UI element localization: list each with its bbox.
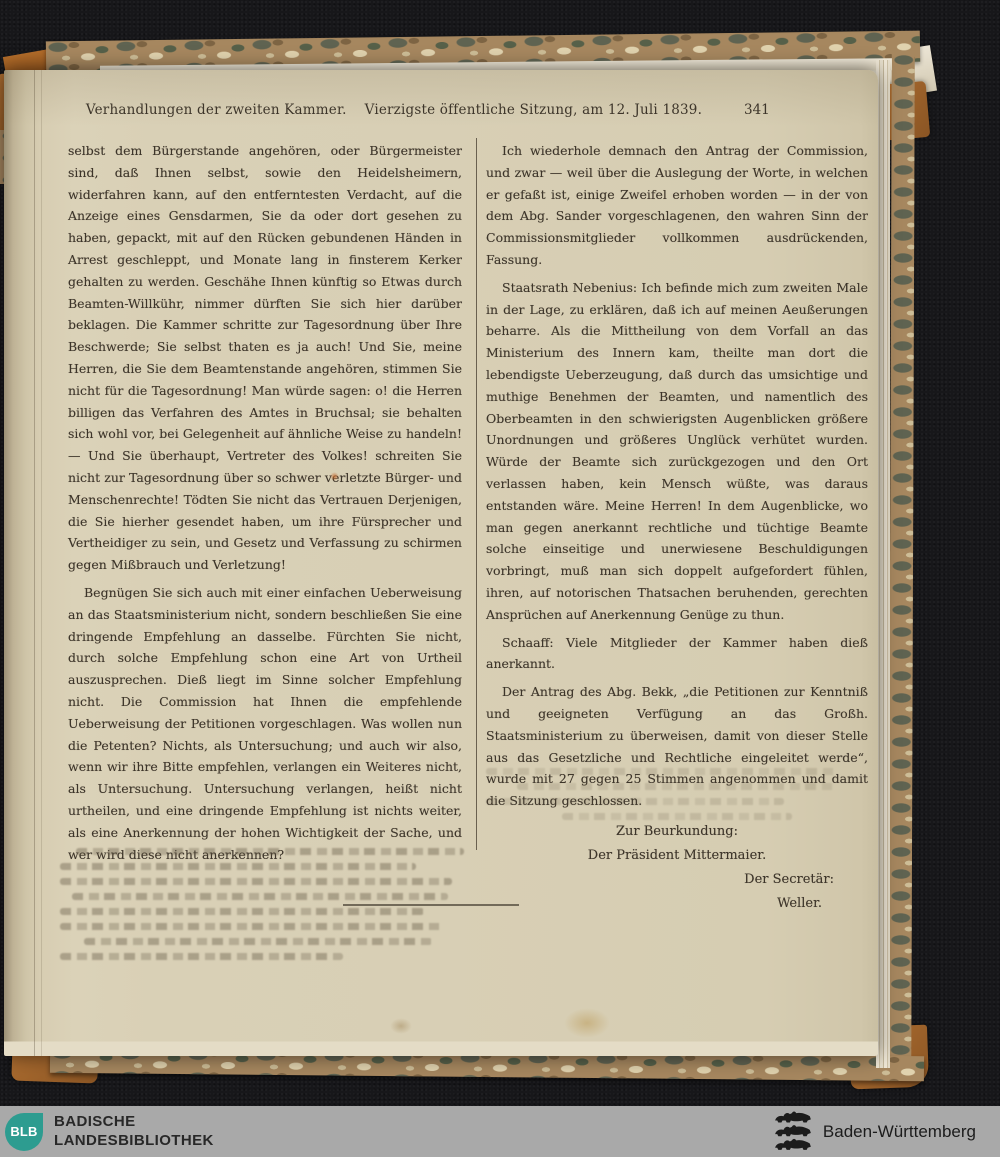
bleed-through-line: [486, 768, 837, 775]
library-name-line1: BADISCHE: [54, 1113, 214, 1131]
paragraph: Staatsrath Nebenius: Ich befinde mich zu…: [486, 277, 868, 626]
blb-logo-text: BLB: [10, 1124, 37, 1139]
bleed-through-line: [60, 863, 416, 870]
bleed-through-text: [486, 760, 868, 828]
bleed-through-line: [76, 848, 464, 855]
paper-stain: [390, 1018, 412, 1034]
running-header: Verhandlungen der zweiten Kammer.Vierzig…: [44, 102, 744, 118]
baden-wuerttemberg-coat-of-arms-icon: [773, 1111, 813, 1153]
gutter-fold-line: [34, 70, 35, 1056]
paragraph: Ich wiederhole demnach den Antrag der Co…: [486, 140, 868, 271]
bleed-through-line: [60, 953, 343, 960]
blb-logo-icon: BLB: [5, 1113, 43, 1151]
library-footer-bar: BLB BADISCHE LANDESBIBLIOTHEK Baden-Würt…: [0, 1106, 1000, 1157]
paragraph: Schaaff: Viele Mitglieder der Kammer hab…: [486, 632, 868, 676]
bleed-through-line: [60, 908, 424, 915]
paper-stain: [330, 472, 339, 481]
state-brand: Baden-Württemberg: [773, 1111, 976, 1153]
president-signature: Der Präsident Mittermaier.: [486, 844, 868, 868]
bleed-through-line: [486, 798, 784, 805]
library-name: BADISCHE LANDESBIBLIOTHEK: [54, 1113, 214, 1150]
left-text-column: selbst dem Bürgerstande angehören, oder …: [68, 140, 462, 871]
attestation-block: Zur Beurkundung: Der Präsident Mittermai…: [486, 820, 868, 916]
marbled-cover-edge-right: [888, 54, 915, 1076]
bleed-through-line: [562, 813, 791, 820]
library-name-line2: LANDESBIBLIOTHEK: [54, 1132, 214, 1150]
bleed-through-line: [72, 893, 448, 900]
column-divider-rule: [476, 138, 477, 850]
paragraph: selbst dem Bürgerstande angehören, oder …: [68, 140, 462, 576]
bleed-through-line: [60, 878, 452, 885]
paragraph: Begnügen Sie sich auch mit einer einfach…: [68, 582, 462, 865]
header-title: Verhandlungen der zweiten Kammer.: [86, 102, 347, 118]
bleed-through-line: [517, 783, 838, 790]
page-number: 341: [744, 102, 770, 118]
library-brand: BLB BADISCHE LANDESBIBLIOTHEK: [5, 1113, 214, 1151]
viewer-stage: Verhandlungen der zweiten Kammer.Vierzig…: [0, 0, 1000, 1157]
bleed-through-rule: [343, 904, 519, 906]
secretary-title: Der Secretär:: [486, 868, 868, 892]
state-name: Baden-Württemberg: [823, 1122, 976, 1142]
gutter-fold-line: [41, 70, 42, 1056]
page-stack-edge-right: [876, 60, 890, 1068]
header-session: Vierzigste öffentliche Sitzung, am 12. J…: [365, 102, 702, 118]
paper-stain: [564, 1008, 610, 1038]
bleed-through-line: [60, 923, 444, 930]
secretary-signature: Weller.: [486, 892, 868, 916]
bleed-through-line: [84, 938, 431, 945]
scanned-book-page: Verhandlungen der zweiten Kammer.Vierzig…: [4, 70, 878, 1056]
